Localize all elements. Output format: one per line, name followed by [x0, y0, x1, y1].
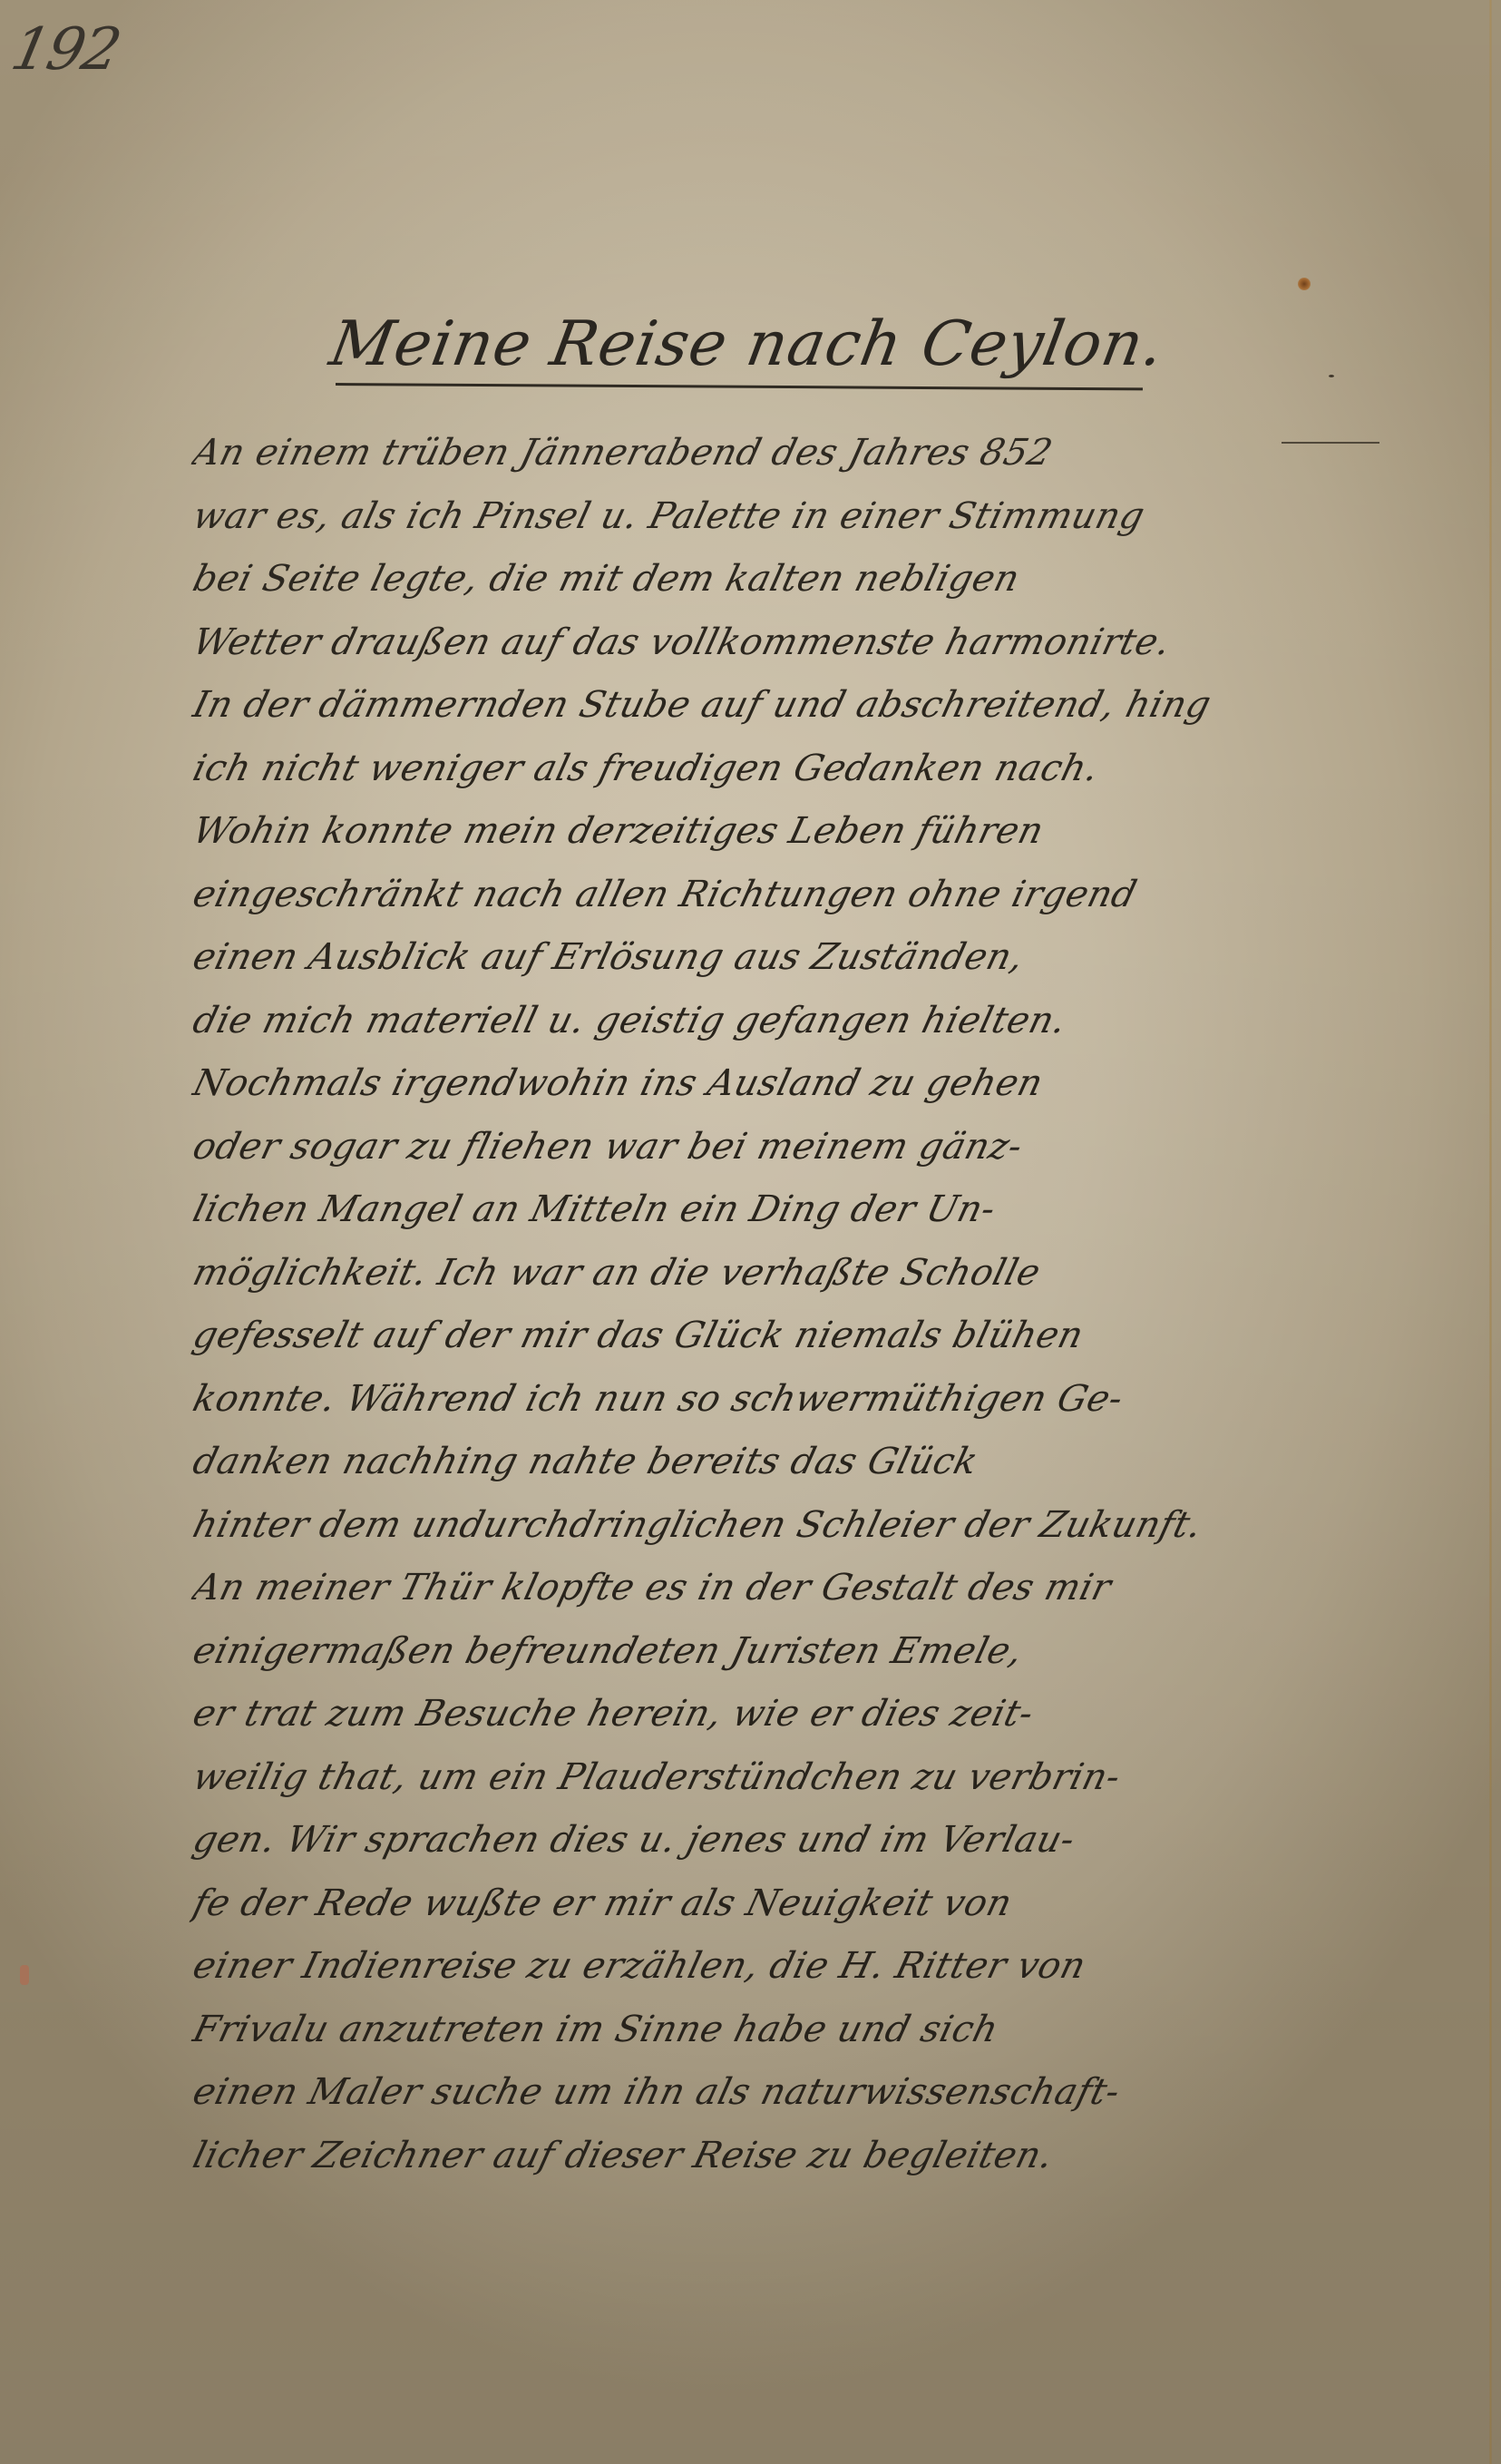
- page-number: 192: [5, 16, 125, 83]
- text-line: möglichkeit. Ich war an die verhaßte Sch…: [186, 1242, 1453, 1305]
- manuscript-page: 192 Meine Reise nach Ceylon. An einem tr…: [0, 0, 1501, 2464]
- text-line: fe der Rede wußte er mir als Neuigkeit v…: [186, 1872, 1453, 1936]
- text-line: die mich materiell u. geistig gefangen h…: [186, 990, 1453, 1053]
- text-line: Nochmals irgendwohin ins Ausland zu gehe…: [186, 1052, 1453, 1116]
- text-line: einen Maler suche um ihn als naturwissen…: [186, 2061, 1453, 2125]
- text-line: war es, als ich Pinsel u. Palette in ein…: [186, 485, 1453, 549]
- text-line: gen. Wir sprachen dies u. jenes und im V…: [186, 1809, 1453, 1872]
- text-line: licher Zeichner auf dieser Reise zu begl…: [186, 2125, 1453, 2188]
- title-underline: [336, 383, 1143, 390]
- text-line: oder sogar zu fliehen war bei meinem gän…: [186, 1116, 1453, 1179]
- text-line: einer Indienreise zu erzählen, die H. Ri…: [186, 1935, 1453, 1999]
- text-line: Wetter draußen auf das vollkommenste har…: [186, 611, 1453, 675]
- text-line: Frivalu anzutreten im Sinne habe und sic…: [186, 1999, 1453, 2062]
- text-line: ich nicht weniger als freudigen Gedanken…: [186, 738, 1453, 801]
- text-line: weilig that, um ein Plauderstündchen zu …: [186, 1746, 1453, 1810]
- text-line: hinter dem undurchdringlichen Schleier d…: [186, 1494, 1453, 1558]
- text-line: danken nachhing nahte bereits das Glück: [186, 1431, 1453, 1494]
- text-line: In der dämmernden Stube auf und abschrei…: [186, 674, 1453, 738]
- text-line: Wohin konnte mein derzeitiges Leben führ…: [186, 800, 1453, 864]
- text-line: gefesselt auf der mir das Glück niemals …: [186, 1305, 1453, 1368]
- text-line: bei Seite legte, die mit dem kalten nebl…: [186, 548, 1453, 611]
- ink-speck: [1329, 375, 1334, 377]
- page-title: Meine Reise nach Ceylon.: [325, 308, 1158, 380]
- text-line: konnte. Während ich nun so schwermüthige…: [186, 1368, 1453, 1432]
- text-line: lichen Mangel an Mitteln ein Ding der Un…: [186, 1178, 1453, 1242]
- text-line: An meiner Thür klopfte es in der Gestalt…: [186, 1557, 1453, 1620]
- handwritten-body: An einem trüben Jännerabend des Jahres 8…: [186, 422, 1438, 2187]
- text-line: eingeschränkt nach allen Richtungen ohne…: [186, 864, 1453, 927]
- text-line: An einem trüben Jännerabend des Jahres 8…: [186, 422, 1453, 485]
- page-edge-fold: [1489, 0, 1492, 2464]
- text-line: er trat zum Besuche herein, wie er dies …: [186, 1683, 1453, 1746]
- rust-spot: [1298, 278, 1311, 290]
- text-line: einen Ausblick auf Erlösung aus Zustände…: [186, 926, 1453, 990]
- red-mark: [20, 1965, 29, 1985]
- text-line: einigermaßen befreundeten Juristen Emele…: [186, 1620, 1453, 1684]
